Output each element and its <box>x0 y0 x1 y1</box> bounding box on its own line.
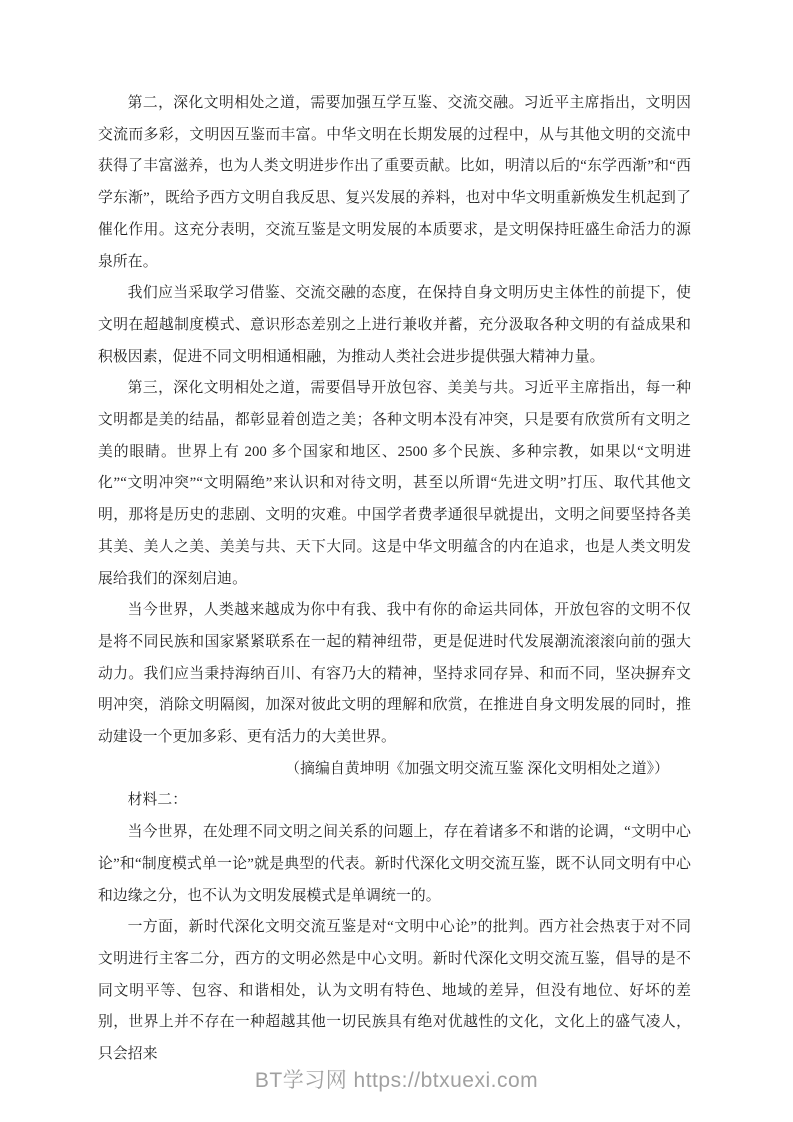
citation-line: （摘编自黄坤明《加强文明交流互鉴 深化文明相处之道》） <box>98 754 691 786</box>
paragraph-point-two: 第二，深化文明相处之道，需要加强互学互鉴、交流交融。习近平主席指出，文明因交流而… <box>98 88 691 278</box>
paragraph-material-two-intro: 当今世界，在处理不同文明之间关系的问题上，存在着诸多不和谐的论调，“文明中心论”… <box>98 817 691 912</box>
document-text-block: 第二，深化文明相处之道，需要加强互学互鉴、交流交融。习近平主席指出，文明因交流而… <box>98 88 691 1071</box>
paragraph-community: 当今世界，人类越来越成为你中有我、我中有你的命运共同体，开放包容的文明不仅是将不… <box>98 595 691 754</box>
paragraph-centrism-critique: 一方面，新时代深化文明交流互鉴是对“文明中心论”的批判。西方社会热衷于对不同文明… <box>98 912 691 1071</box>
document-page: 第二，深化文明相处之道，需要加强互学互鉴、交流交融。习近平主席指出，文明因交流而… <box>0 0 793 1122</box>
paragraph-attitude: 我们应当采取学习借鉴、交流交融的态度，在保持自身文明历史主体性的前提下，使文明在… <box>98 278 691 373</box>
paragraph-point-three: 第三，深化文明相处之道，需要倡导开放包容、美美与共。习近平主席指出，每一种文明都… <box>98 373 691 595</box>
watermark-footer: BT学习网 https://btxuexi.com <box>0 1068 793 1094</box>
material-two-label: 材料二： <box>98 785 691 817</box>
